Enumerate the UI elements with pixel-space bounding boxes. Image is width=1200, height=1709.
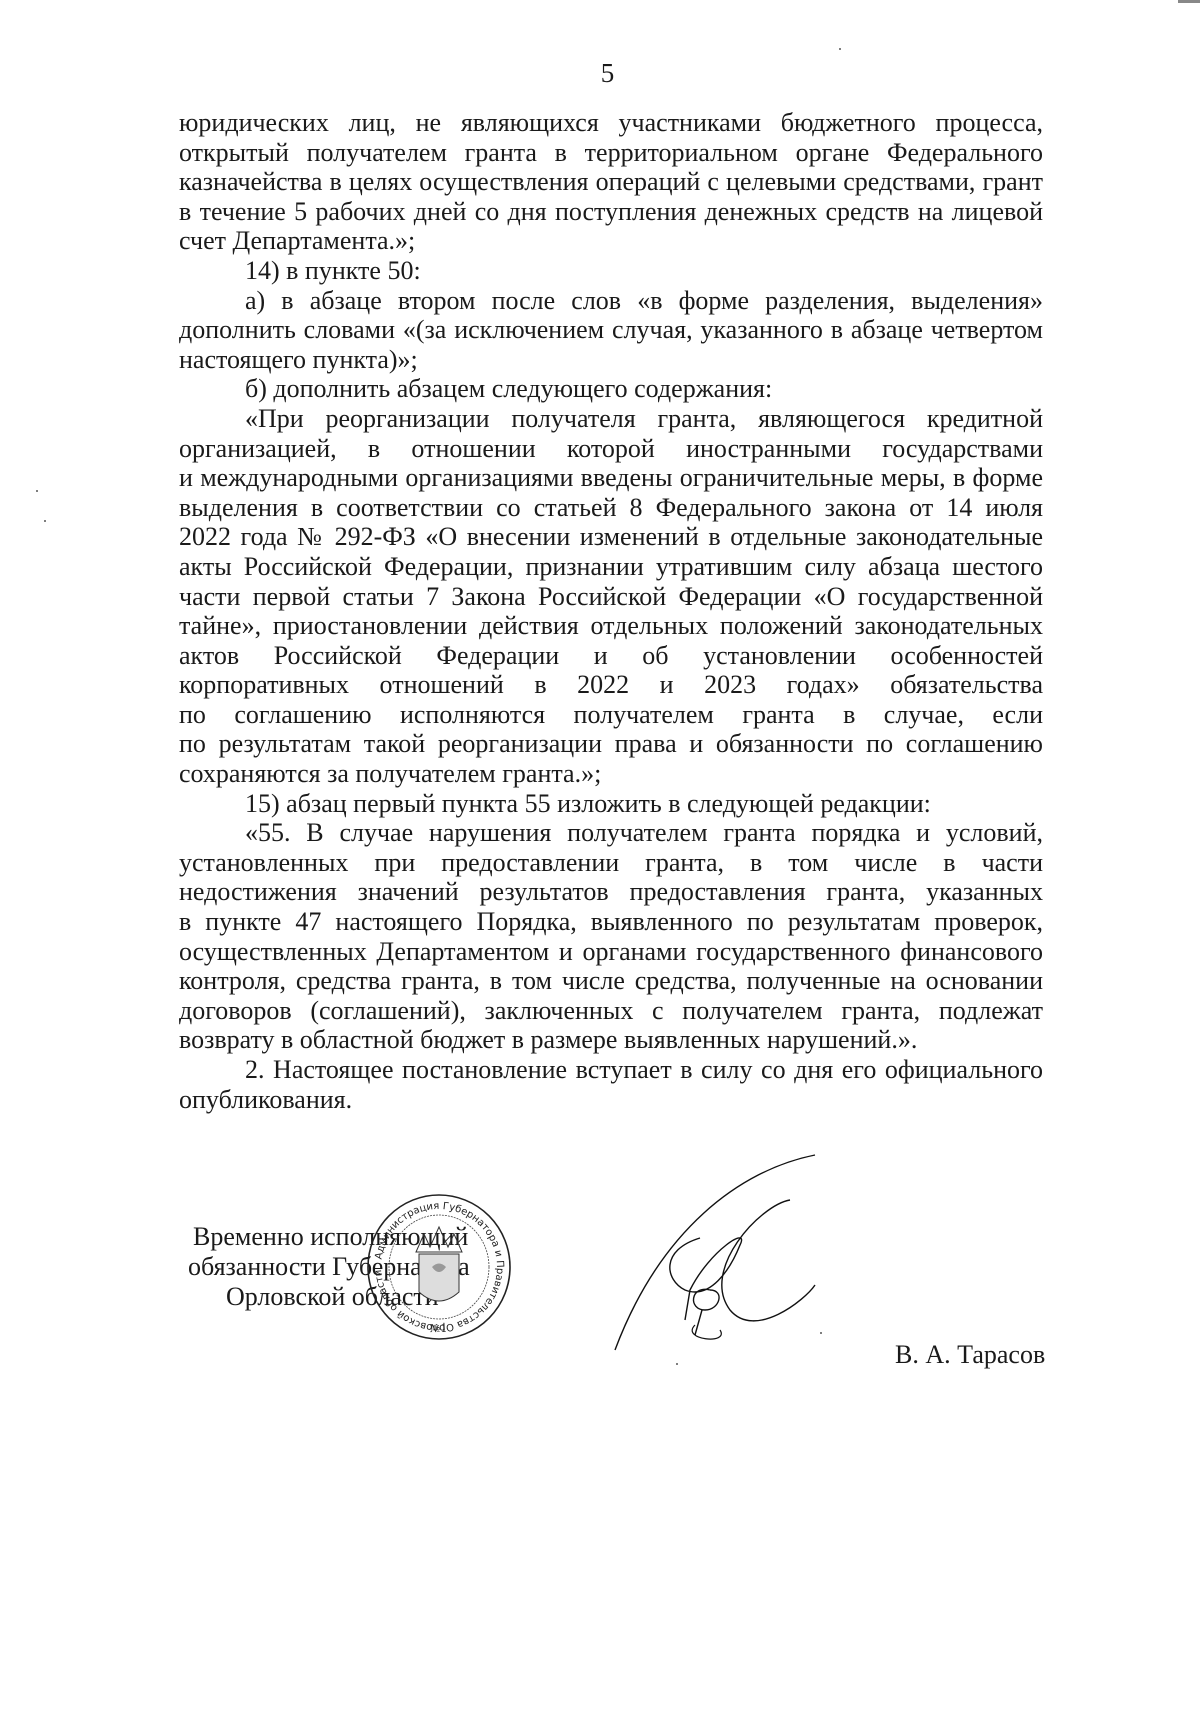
signatory-name: В. А. Тарасов bbox=[895, 1340, 1045, 1370]
text-line: тайне», приостановлении действия отдельн… bbox=[179, 611, 1043, 641]
scan-speck bbox=[44, 520, 46, 522]
scan-speck bbox=[676, 1363, 678, 1365]
page-number: 5 bbox=[0, 58, 1200, 89]
text-line: установленных при предоставлении гранта,… bbox=[179, 848, 1043, 878]
text-line: в пункте 47 настоящего Порядка, выявленн… bbox=[179, 907, 1043, 937]
handwritten-signature-icon bbox=[590, 1150, 820, 1360]
text-line: возврату в областной бюджет в размере вы… bbox=[179, 1025, 1043, 1055]
signatory-title-line-3: Орловской области bbox=[226, 1282, 439, 1312]
scan-speck bbox=[820, 1332, 822, 1334]
text-line: открытый получателем гранта в территориа… bbox=[179, 138, 1043, 168]
text-line: акты Российской Федерации, признании утр… bbox=[179, 552, 1043, 582]
official-seal-icon: Администрация Губернатора и Правительств… bbox=[364, 1192, 514, 1342]
text-line: контроля, средства гранта, в том числе с… bbox=[179, 966, 1043, 996]
text-line: юридических лиц, не являющихся участника… bbox=[179, 108, 1043, 138]
svg-text:Администрация Губернатора и Пр: Администрация Губернатора и Правительств… bbox=[373, 1201, 505, 1333]
text-line: 2. Настоящее постановление вступает в си… bbox=[179, 1055, 1043, 1085]
scan-speck bbox=[839, 48, 841, 50]
text-line: дополнить словами «(за исключением случа… bbox=[179, 315, 1043, 345]
text-line: опубликования. bbox=[179, 1085, 1043, 1115]
text-line: по результатам такой реорганизации права… bbox=[179, 729, 1043, 759]
text-line: организацией, в отношении которой иностр… bbox=[179, 434, 1043, 464]
text-line: настоящего пункта)»; bbox=[179, 345, 1043, 375]
text-line: корпоративных отношений в 2022 и 2023 го… bbox=[179, 670, 1043, 700]
text-line: по соглашению исполняются получателем гр… bbox=[179, 700, 1043, 730]
document-body: юридических лиц, не являющихся участника… bbox=[179, 108, 1043, 1114]
scan-speck bbox=[36, 490, 38, 492]
text-line: договоров (соглашений), заключенных с по… bbox=[179, 996, 1043, 1026]
text-line: недостижения значений результатов предос… bbox=[179, 877, 1043, 907]
text-line: 15) абзац первый пункта 55 изложить в сл… bbox=[179, 789, 1043, 819]
text-line: выделения в соответствии со статьей 8 Фе… bbox=[179, 493, 1043, 523]
document-page: 5 юридических лиц, не являющихся участни… bbox=[0, 0, 1200, 1709]
svg-text:№1: №1 bbox=[430, 1322, 447, 1335]
text-line: счет Департамента.»; bbox=[179, 226, 1043, 256]
text-line: в течение 5 рабочих дней со дня поступле… bbox=[179, 197, 1043, 227]
text-line: а) в абзаце втором после слов «в форме р… bbox=[179, 286, 1043, 316]
text-line: б) дополнить абзацем следующего содержан… bbox=[179, 374, 1043, 404]
text-line: 14) в пункте 50: bbox=[179, 256, 1043, 286]
signatory-title-line-2: обязанности Губернатора bbox=[188, 1252, 470, 1282]
text-line: сохраняются за получателем гранта.»; bbox=[179, 759, 1043, 789]
text-line: и международными организациями введены о… bbox=[179, 463, 1043, 493]
text-line: казначейства в целях осуществления опера… bbox=[179, 167, 1043, 197]
text-line: «55. В случае нарушения получателем гран… bbox=[179, 818, 1043, 848]
text-line: актов Российской Федерации и об установл… bbox=[179, 641, 1043, 671]
text-line: «При реорганизации получателя гранта, яв… bbox=[179, 404, 1043, 434]
signatory-title-line-1: Временно исполняющий bbox=[193, 1222, 468, 1252]
text-line: части первой статьи 7 Закона Российской … bbox=[179, 582, 1043, 612]
text-line: 2022 года № 292-ФЗ «О внесении изменений… bbox=[179, 522, 1043, 552]
text-line: осуществленных Департаментом и органами … bbox=[179, 937, 1043, 967]
scan-corner-mark bbox=[1178, 0, 1200, 3]
